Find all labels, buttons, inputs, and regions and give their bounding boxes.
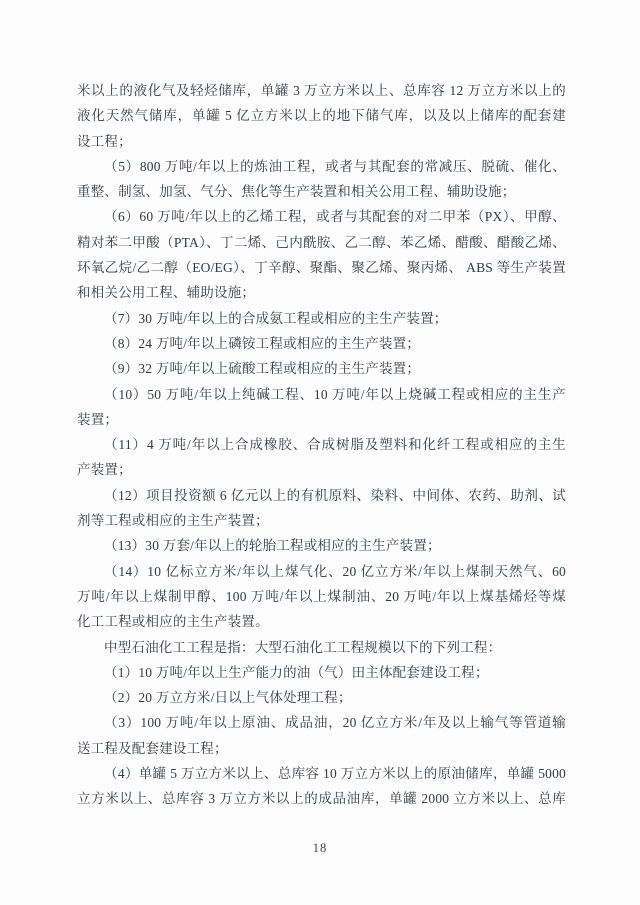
paragraph: （10）50 万吨/年以上纯碱工程、10 万吨/年以上烧碱工程或相应的主生产装置… — [77, 382, 566, 433]
text-line: 万吨/年以上煤制甲醇、100 万吨/年以上煤制油、20 万吨/年以上煤基烯烃等煤 — [77, 584, 566, 609]
text-line: 化工工程或相应的主生产装置。 — [77, 609, 566, 634]
text-line: 装置； — [77, 407, 566, 432]
paragraph: 中型石油化工工程是指：大型石油化工工程规模以下的下列工程： — [77, 635, 566, 660]
paragraph: 米以上的液化气及轻烃储库，单罐 3 万立方米以上、总库容 12 万立方米以上的液… — [77, 78, 566, 154]
text-line: 产装置； — [77, 457, 566, 482]
page-footer: 18 — [0, 841, 640, 856]
text-line: （2）20 万立方米/日以上气体处理工程； — [77, 685, 566, 710]
text-line: 精对苯二甲酸（PTA）、丁二烯、己内酰胺、乙二醇、苯乙烯、醋酸、醋酸乙烯、 — [77, 230, 566, 255]
text-line: 和相关公用工程、辅助设施； — [77, 280, 566, 305]
paragraph: （7）30 万吨/年以上的合成氨工程或相应的主生产装置； — [77, 306, 566, 331]
paragraph: （8）24 万吨/年以上磷铵工程或相应的主生产装置； — [77, 331, 566, 356]
paragraph: （1）10 万吨/年以上生产能力的油（气）田主体配套建设工程； — [77, 660, 566, 685]
text-line: （11）4 万吨/年以上合成橡胶、合成树脂及塑料和化纤工程或相应的主生 — [77, 432, 566, 457]
text-line: 设工程； — [77, 129, 566, 154]
text-line: （4）单罐 5 万立方米以上、总库容 10 万立方米以上的原油储库，单罐 500… — [77, 761, 566, 786]
text-line: 重整、制氢、加氢、气分、焦化等生产装置和相关公用工程、辅助设施； — [77, 179, 566, 204]
text-line: （6）60 万吨/年以上的乙烯工程，或者与其配套的对二甲苯（PX）、甲醇、 — [77, 204, 566, 229]
paragraph: （2）20 万立方米/日以上气体处理工程； — [77, 685, 566, 710]
paragraph: （4）单罐 5 万立方米以上、总库容 10 万立方米以上的原油储库，单罐 500… — [77, 761, 566, 812]
text-line: 中型石油化工工程是指：大型石油化工工程规模以下的下列工程： — [77, 635, 566, 660]
paragraph: （13）30 万套/年以上的轮胎工程或相应的主生产装置； — [77, 533, 566, 558]
text-line: （7）30 万吨/年以上的合成氨工程或相应的主生产装置； — [77, 306, 566, 331]
text-line: （12）项目投资额 6 亿元以上的有机原料、染料、中间体、农药、助剂、试 — [77, 483, 566, 508]
paragraph: （14）10 亿标立方米/年以上煤气化、20 亿立方米/年以上煤制天然气、60万… — [77, 559, 566, 635]
document-body: 米以上的液化气及轻烃储库，单罐 3 万立方米以上、总库容 12 万立方米以上的液… — [77, 78, 566, 812]
text-line: （10）50 万吨/年以上纯碱工程、10 万吨/年以上烧碱工程或相应的主生产 — [77, 382, 566, 407]
paragraph: （9）32 万吨/年以上硫酸工程或相应的主生产装置； — [77, 356, 566, 381]
text-line: （3）100 万吨/年以上原油、成品油，20 亿立方米/年及以上输气等管道输 — [77, 710, 566, 735]
text-line: 环氧乙烷/乙二醇（EO/EG）、丁辛醇、聚酯、聚乙烯、聚丙烯、 ABS 等生产装… — [77, 255, 566, 280]
text-line: （1）10 万吨/年以上生产能力的油（气）田主体配套建设工程； — [77, 660, 566, 685]
page-number: 18 — [313, 841, 328, 855]
text-line: （9）32 万吨/年以上硫酸工程或相应的主生产装置； — [77, 356, 566, 381]
text-line: （14）10 亿标立方米/年以上煤气化、20 亿立方米/年以上煤制天然气、60 — [77, 559, 566, 584]
paragraph: （11）4 万吨/年以上合成橡胶、合成树脂及塑料和化纤工程或相应的主生产装置； — [77, 432, 566, 483]
paragraph: （5）800 万吨/年以上的炼油工程，或者与其配套的常减压、脱硫、催化、重整、制… — [77, 154, 566, 205]
text-line: （5）800 万吨/年以上的炼油工程，或者与其配套的常减压、脱硫、催化、 — [77, 154, 566, 179]
document-page: 米以上的液化气及轻烃储库，单罐 3 万立方米以上、总库容 12 万立方米以上的液… — [0, 0, 640, 905]
text-line: （13）30 万套/年以上的轮胎工程或相应的主生产装置； — [77, 533, 566, 558]
text-line: 液化天然气储库，单罐 5 亿立方米以上的地下储气库，以及以上储库的配套建 — [77, 103, 566, 128]
paragraph: （12）项目投资额 6 亿元以上的有机原料、染料、中间体、农药、助剂、试剂等工程… — [77, 483, 566, 534]
text-line: （8）24 万吨/年以上磷铵工程或相应的主生产装置； — [77, 331, 566, 356]
text-line: 米以上的液化气及轻烃储库，单罐 3 万立方米以上、总库容 12 万立方米以上的 — [77, 78, 566, 103]
text-line: 立方米以上、总库容 3 万立方米以上的成品油库，单罐 2000 立方米以上、总库 — [77, 786, 566, 811]
paragraph: （6）60 万吨/年以上的乙烯工程，或者与其配套的对二甲苯（PX）、甲醇、精对苯… — [77, 204, 566, 305]
paragraph: （3）100 万吨/年以上原油、成品油，20 亿立方米/年及以上输气等管道输送工… — [77, 710, 566, 761]
text-line: 送工程及配套建设工程； — [77, 736, 566, 761]
text-line: 剂等工程或相应的主生产装置； — [77, 508, 566, 533]
